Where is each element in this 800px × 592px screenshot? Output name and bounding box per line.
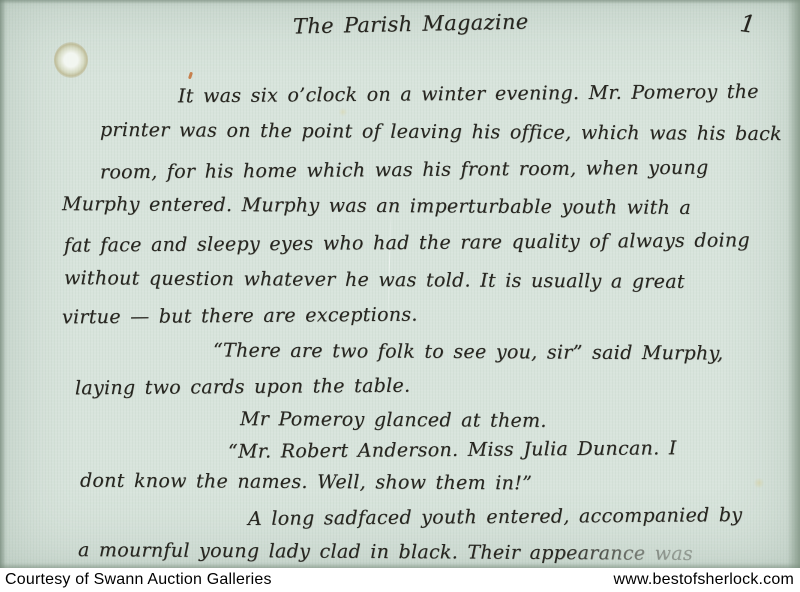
manuscript-line: room, for his home which was his front r… bbox=[100, 156, 709, 185]
caption-url: www.bestofsherlock.com bbox=[614, 571, 794, 589]
manuscript-line: without question whatever he was told. I… bbox=[64, 266, 685, 294]
manuscript-line: “Mr. Robert Anderson. Miss Julia Duncan.… bbox=[228, 436, 677, 464]
page-title: The Parish Magazine bbox=[293, 10, 529, 39]
manuscript-line: a mournful young lady clad in black. The… bbox=[78, 538, 693, 566]
manuscript-scan: The Parish Magazine 1 It was six o’clock… bbox=[0, 0, 800, 592]
foxing-spot bbox=[753, 478, 765, 488]
manuscript-line: fat face and sleepy eyes who had the rar… bbox=[64, 228, 750, 257]
foxing-spot bbox=[338, 108, 348, 116]
paper-edge-right bbox=[787, 0, 800, 568]
manuscript-line: Murphy entered. Murphy was an imperturba… bbox=[62, 192, 691, 220]
manuscript-line: dont know the names. Well, show them in!… bbox=[80, 469, 532, 496]
paper-edge-top bbox=[0, 0, 800, 4]
page-number: 1 bbox=[738, 11, 757, 37]
ink-speck bbox=[188, 72, 193, 80]
manuscript-line: A long sadfaced youth entered, accompani… bbox=[248, 503, 743, 531]
caption-credit: Courtesy of Swann Auction Galleries bbox=[5, 571, 272, 589]
manuscript-page: The Parish Magazine 1 It was six o’clock… bbox=[0, 0, 800, 568]
water-stain-mark bbox=[54, 42, 88, 78]
manuscript-line: “There are two folk to see you, sir” sai… bbox=[213, 338, 724, 365]
manuscript-line: printer was on the point of leaving his … bbox=[100, 118, 782, 146]
manuscript-line: It was six o’clock on a winter evening. … bbox=[178, 80, 759, 109]
paper-edge-left bbox=[0, 0, 6, 568]
manuscript-line: Mr Pomeroy glanced at them. bbox=[240, 407, 547, 433]
caption-bar: Courtesy of Swann Auction Galleries www.… bbox=[0, 568, 800, 592]
manuscript-line: laying two cards upon the table. bbox=[75, 374, 411, 401]
manuscript-line: virtue — but there are exceptions. bbox=[62, 303, 418, 330]
